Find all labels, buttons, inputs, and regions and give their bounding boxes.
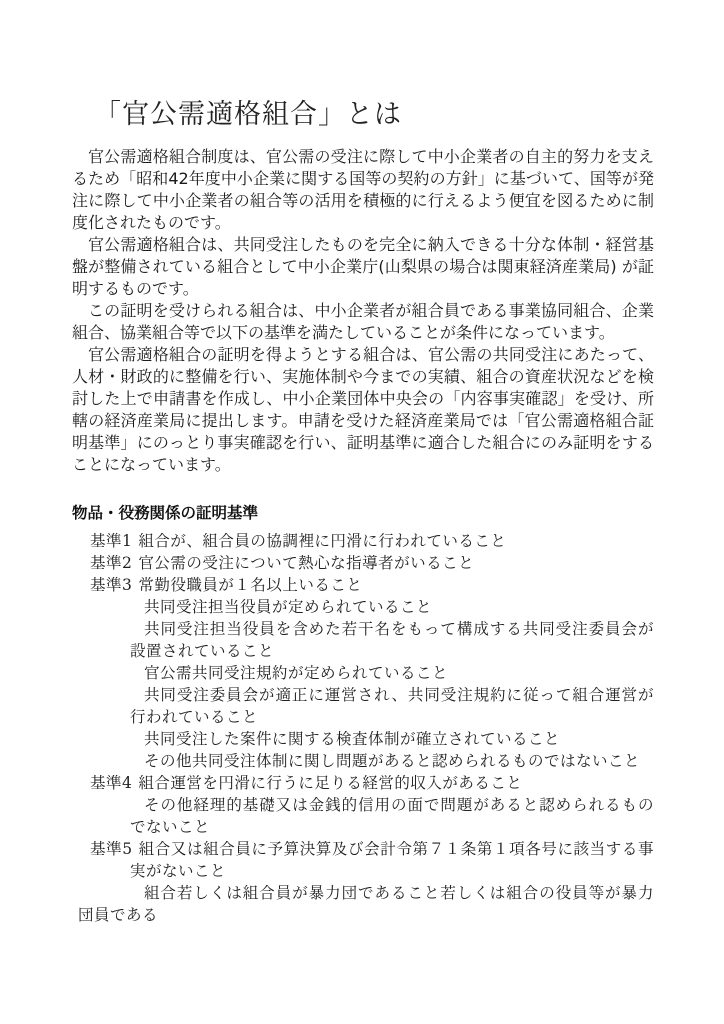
criteria-subitem: 組合若しくは組合員が暴力団であること若しくは組合の役員等が暴力団員である xyxy=(72,882,654,926)
criteria-subitem: 共同受注担当役員が定められていること xyxy=(72,596,654,618)
criteria-item: 基準2官公需の受注について熱心な指導者がいること xyxy=(72,552,654,574)
intro-section: 官公需適格組合制度は、官公需の受注に際して中小企業者の自主的努力を支えるため「昭… xyxy=(72,146,654,476)
criteria-item: 基準5組合又は組合員に予算決算及び会計令第７１条第１項各号に該当する事実がないこ… xyxy=(72,838,654,882)
criteria-item-text: 組合が、組合員の協調裡に円滑に行われていること xyxy=(138,532,506,550)
criteria-list: 基準1組合が、組合員の協調裡に円滑に行われていること 基準2官公需の受注について… xyxy=(72,530,654,926)
intro-paragraph: 官公需適格組合は、共同受注したものを完全に納入できる十分な体制・経営基盤が整備さ… xyxy=(72,234,654,300)
criteria-item: 基準1組合が、組合員の協調裡に円滑に行われていること xyxy=(72,530,654,552)
intro-paragraph: この証明を受けられる組合は、中小企業者が組合員である事業協同組合、企業組合、協業… xyxy=(72,300,654,344)
document-page: 「官公需適格組合」とは 官公需適格組合制度は、官公需の受注に際して中小企業者の自… xyxy=(0,0,724,1024)
criteria-subitem: 共同受注した案件に関する検査体制が確立されていること xyxy=(72,728,654,750)
criteria-subitem: 共同受注担当役員を含めた若干名をもって構成する共同受注委員会が設置されていること xyxy=(72,618,654,662)
criteria-item-text: 常勤役職員が１名以上いること xyxy=(138,576,362,594)
intro-paragraph: 官公需適格組合の証明を得ようとする組合は、官公需の共同受注にあたって、人材・財政… xyxy=(72,344,654,476)
criteria-subitem: 共同受注委員会が適正に運営され、共同受注規約に従って組合運営が行われていること xyxy=(72,684,654,728)
criteria-item-text: 組合又は組合員に予算決算及び会計令第７１条第１項各号に該当する事実がないこと xyxy=(130,840,654,880)
criteria-subitem: その他経理的基礎又は金銭的信用の面で問題があると認められるものでないこと xyxy=(72,794,654,838)
criteria-section-heading: 物品・役務関係の証明基準 xyxy=(72,502,654,524)
criteria-item-label: 基準2 xyxy=(90,554,132,572)
intro-paragraph: 官公需適格組合制度は、官公需の受注に際して中小企業者の自主的努力を支えるため「昭… xyxy=(72,146,654,234)
criteria-subitem: その他共同受注体制に関し問題があると認められるものではないこと xyxy=(72,750,654,772)
criteria-item-label: 基準1 xyxy=(90,532,132,550)
criteria-item: 基準4組合運営を円滑に行うに足りる経営的収入があること xyxy=(72,772,654,794)
page-title: 「官公需適格組合」とは xyxy=(94,96,654,134)
criteria-item-text: 組合運営を円滑に行うに足りる経営的収入があること xyxy=(138,774,522,792)
criteria-item: 基準3常勤役職員が１名以上いること xyxy=(72,574,654,596)
criteria-item-label: 基準4 xyxy=(90,774,132,792)
criteria-item-label: 基準3 xyxy=(90,576,132,594)
criteria-item-text: 官公需の受注について熱心な指導者がいること xyxy=(138,554,474,572)
criteria-subitem: 官公需共同受注規約が定められていること xyxy=(72,662,654,684)
criteria-item-label: 基準5 xyxy=(90,840,133,858)
